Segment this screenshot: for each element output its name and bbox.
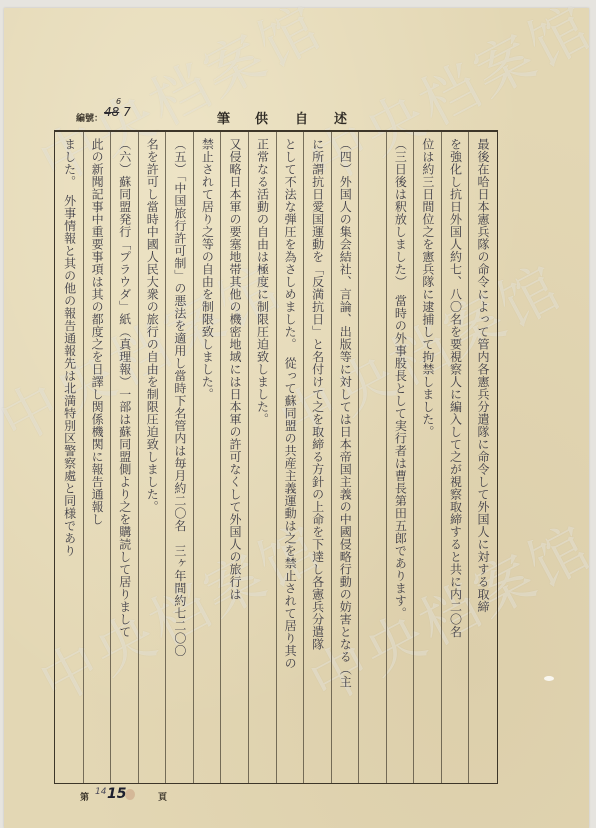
id-handwritten-number: 7 <box>123 105 131 119</box>
text-column: （五）「中国旅行許可制」の悪法を適用し當時下名管内は毎月約二〇名 三ヶ年間約七二… <box>165 138 193 779</box>
id-handwritten-superscript: 6 <box>116 97 121 106</box>
document-page: 中央档案馆 中央档案馆 中央档案馆 中央档案馆 中央档案馆 中央档案馆 編號： … <box>4 8 589 828</box>
text-column: に所謂抗日愛国運動を「反満抗日」と名付けて之を取締る方針の上命を下達し各憲兵分遣… <box>303 138 331 779</box>
text-column: （六）蘇同盟発行「プラウダ」紙（真理報）一部は蘇同盟側より之を購読して居りまして <box>110 138 138 779</box>
page-number-handwritten: 15 <box>107 786 126 802</box>
text-column: （三日後は釈放しました） 當時の外事股長として実行者は曹長第田五郎であります。 <box>386 138 414 779</box>
text-column: として不法な弾圧を為さしめました。 從って蘇同盟の共産主義運動は之を禁止されて居… <box>276 138 304 779</box>
page-footer: 第 14 15 頁 <box>80 786 280 804</box>
title-char: 自 <box>295 108 308 127</box>
text-column: 此の新聞記事中重要事項は其の都度之を日譯し関係機関に報告通報し <box>83 138 111 779</box>
text-column: ました。 外事情報と其の他の報告通報先は北満特別区警察處と同様であり <box>55 138 83 779</box>
text-column: 位は約三日間位之を憲兵隊に逮捕して拘禁しました。 <box>413 138 441 779</box>
title-char: 述 <box>334 108 347 127</box>
form-header: 編號： 48 7 6 筆 供 自 述 <box>4 105 589 125</box>
text-column: 正常なる活動の自由は極度に制限圧迫致しました。 <box>248 138 276 779</box>
page-suffix: 頁 <box>158 790 167 803</box>
text-column: 名を許可し當時中國人民大衆の旅行の自由を制限圧迫致しました。 <box>138 138 166 779</box>
id-number: 48 7 <box>104 105 131 119</box>
ruled-writing-grid: 最後在哈日本憲兵隊の命令によって管内各憲兵分遣隊に命令して外国人に対する取締を強… <box>54 130 498 784</box>
text-column: 禁止されて居り之等の自由を制限致しました。 <box>193 138 221 779</box>
text-column: 又侵略日本軍の要塞地帯其他の機密地域には日本軍の許可なくして外国人の旅行は <box>220 138 248 779</box>
stamp-mark <box>125 789 135 800</box>
text-column: （四）外国人の集会結社、言論、出版等に対しては日本帝国主義の中國侵略行動の妨害と… <box>331 138 359 779</box>
id-label: 編號： <box>76 111 103 124</box>
id-struck-number: 48 <box>104 105 119 119</box>
text-column: を強化し抗日外国人約七、八〇名を要視察人に編入して之が視察取締すると共に内二〇名 <box>441 138 469 779</box>
paper-speck <box>544 676 554 681</box>
text-column: 最後在哈日本憲兵隊の命令によって管内各憲兵分遣隊に命令して外国人に対する取締 <box>468 138 496 779</box>
title-char: 供 <box>255 108 268 127</box>
title-char: 筆 <box>217 108 230 127</box>
page-number-struck: 14 <box>95 787 106 797</box>
page-prefix: 第 <box>80 790 89 803</box>
text-column <box>358 138 386 779</box>
